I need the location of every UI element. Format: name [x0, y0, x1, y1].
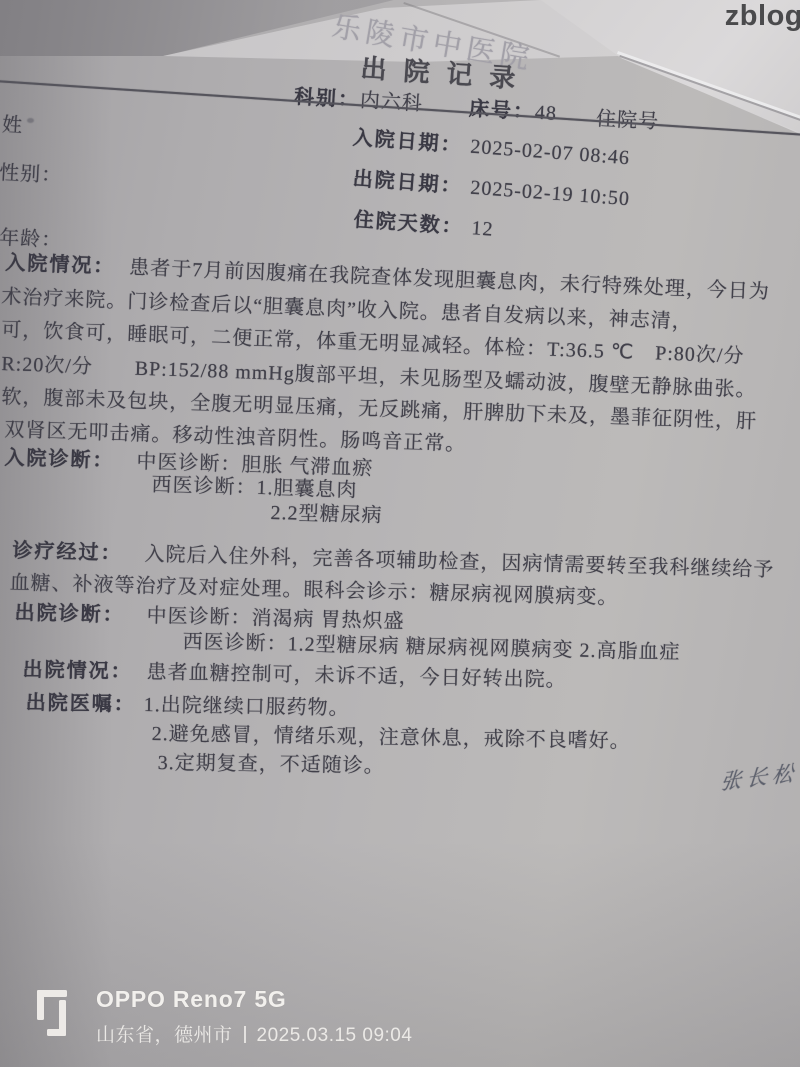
ink-smudge	[27, 118, 34, 123]
left-edge-shadow	[0, 0, 800, 1067]
admission-diagnosis-label: 入院诊断：	[4, 447, 115, 472]
stay-days-value: 12	[471, 217, 494, 240]
admission-state-label: 入院情况：	[5, 252, 116, 278]
doctor-signature: 张长松	[719, 756, 799, 796]
oppo-logo-icon	[37, 990, 44, 1020]
discharge-date-value: 2025-02-19 10:50	[470, 177, 631, 211]
discharge-orders-label: 出院医嘱：	[26, 692, 136, 716]
discharge-orders-row: 出院医嘱：1.出院继续口服药物。	[25, 686, 349, 721]
department-label: 科别：	[293, 86, 360, 112]
photo-of-discharge-record: 乐陵市中医院 出院记录 科别：内六科 床号：48 住院号 姓 性别： 年龄： 入…	[0, 0, 800, 1067]
department-value: 内六科	[359, 90, 423, 115]
discharge-order-item: 3.定期复查，不适随诊。	[158, 746, 385, 778]
admission-number-label: 住院号	[595, 102, 659, 134]
department-field: 科别：内六科	[293, 80, 423, 116]
bed-value: 48	[534, 102, 557, 125]
discharge-diagnosis-label: 出院诊断：	[14, 602, 124, 626]
divider-bar	[244, 1026, 246, 1043]
gender-label: 性别：	[0, 156, 63, 188]
discharge-date-label: 出院日期：	[352, 168, 463, 198]
discharge-state-text: 患者血糖控制可，未诉不适，今日好转出院。	[146, 661, 566, 691]
admit-date-value: 2025-02-07 08:46	[470, 136, 631, 170]
admit-date-label: 入院日期：	[352, 127, 463, 157]
stay-days-label: 住院天数：	[353, 209, 464, 239]
bed-number-field: 床号：48	[468, 92, 557, 126]
camera-datetime: 2025.03.15 09:04	[257, 1025, 413, 1046]
stay-days-row: 住院天数：12	[353, 203, 495, 242]
camera-device-name: OPPO Reno7 5G	[96, 986, 287, 1013]
discharge-state-label: 出院情况：	[22, 659, 132, 683]
oppo-logo-icon	[47, 1029, 66, 1036]
discharge-order-item: 1.出院继续口服药物。	[143, 694, 349, 720]
zblog-watermark: zblog	[725, 0, 800, 33]
admission-diagnosis-western2: 2.2型糖尿病	[270, 496, 383, 528]
name-label: 姓	[1, 108, 23, 138]
camera-location: 山东省，德州市	[96, 1025, 233, 1046]
bed-label: 床号：	[468, 98, 535, 124]
treatment-course-label: 诊疗经过：	[12, 540, 123, 565]
discharge-date-row: 出院日期：2025-02-19 10:50	[352, 162, 631, 211]
camera-location-datetime: 山东省，德州市2025.03.15 09:04	[96, 1020, 412, 1047]
admit-date-row: 入院日期：2025-02-07 08:46	[352, 121, 631, 170]
